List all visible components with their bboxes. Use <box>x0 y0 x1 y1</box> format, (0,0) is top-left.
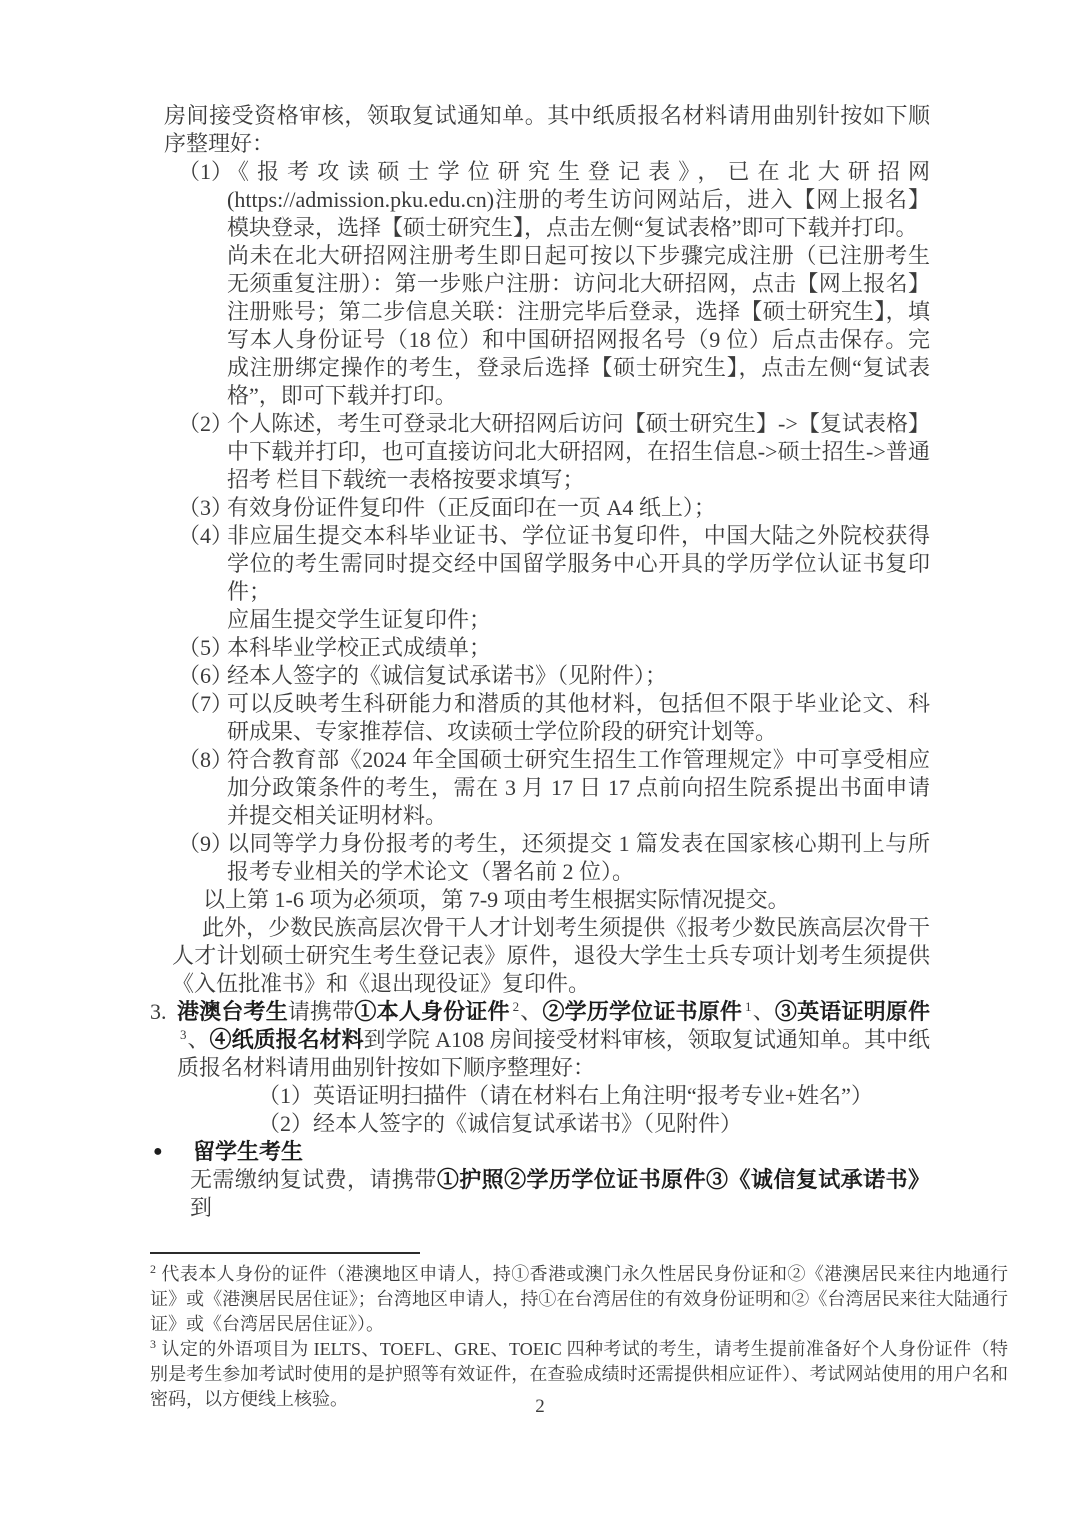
text-segment: ④纸质报名材料 <box>210 1027 364 1052</box>
additional-plans-note: 此外，少数民族高层次骨干人才计划考生须提供《报考少数民族高层次骨干人才计划硕士研… <box>172 914 930 998</box>
list-item-4: （4） 非应届生提交本科毕业证书、学位证书复印件，中国大陆之外院校获得学位的考生… <box>150 522 930 634</box>
list-item-5: （5） 本科毕业学校正式成绩单； <box>150 634 930 662</box>
list-marker: （6） <box>178 662 233 690</box>
list-item-7: （7） 可以反映考生科研能力和潜质的其他材料，包括但不限于毕业论文、科研成果、专… <box>150 690 930 746</box>
list-paragraph: 本科毕业学校正式成绩单； <box>227 634 930 662</box>
footnote-marker: 2 <box>150 1262 156 1276</box>
list-paragraph: 《报考攻读硕士学位研究生登记表》，已在北大研招网(https://admissi… <box>227 158 930 242</box>
list-paragraph: 符合教育部《2024 年全国硕士研究生招生工作管理规定》中可享受相应加分政策条件… <box>227 746 930 830</box>
list-marker: （5） <box>178 634 233 662</box>
item3-subitem-2: （2）经本人签字的《诚信复试承诺书》（见附件） <box>258 1110 930 1138</box>
text-segment: ①护照②学历学位证书原件③《诚信复试承诺书》 <box>437 1167 930 1192</box>
list-marker: （8） <box>178 746 233 774</box>
list-marker: （7） <box>178 690 233 718</box>
list-item-2: （2） 个人陈述，考生可登录北大研招网后访问【硕士研究生】->【复试表格】中下载… <box>150 410 930 494</box>
list-marker: （9） <box>178 830 233 858</box>
list-paragraph: 非应届生提交本科毕业证书、学位证书复印件，中国大陆之外院校获得学位的考生需同时提… <box>227 522 930 606</box>
footnote-marker: 3 <box>150 1337 156 1351</box>
list-paragraph: 经本人签字的《诚信复试承诺书》（见附件）； <box>227 662 930 690</box>
text-segment: 港澳台考生 <box>177 999 288 1024</box>
document-body: 房间接受资格审核，领取复试通知单。其中纸质报名材料请用曲别针按如下顺序整理好： … <box>150 102 930 1222</box>
list-paragraph: 尚未在北大研招网注册考生即日起可按以下步骤完成注册（已注册考生无须重复注册）：第… <box>227 242 930 410</box>
list-item-8: （8） 符合教育部《2024 年全国硕士研究生招生工作管理规定》中可享受相应加分… <box>150 746 930 830</box>
list-paragraph: 可以反映考生科研能力和潜质的其他材料，包括但不限于毕业论文、科研成果、专家推荐信… <box>227 690 930 746</box>
text-segment: 、 <box>753 999 775 1024</box>
list-marker: （2） <box>178 410 233 438</box>
list-paragraph: 有效身份证件复印件（正反面印在一页 A4 纸上）； <box>227 494 930 522</box>
text-segment: 无需缴纳复试费，请携带 <box>190 1167 437 1192</box>
intro-continuation-paragraph: 房间接受资格审核，领取复试通知单。其中纸质报名材料请用曲别针按如下顺序整理好： <box>164 102 930 158</box>
footnote-reference: 1 <box>745 999 752 1014</box>
list-item-9: （9） 以同等学力身份报考的考生，还须提交 1 篇发表在国家核心期刊上与所报考专… <box>150 830 930 886</box>
footnote-separator <box>150 1252 420 1254</box>
list-marker: （4） <box>178 522 233 550</box>
bullet-icon: ● <box>153 1138 163 1166</box>
text-segment: 、 <box>188 1027 210 1052</box>
list-item-6: （6） 经本人签字的《诚信复试承诺书》（见附件）； <box>150 662 930 690</box>
list-item-3: （3） 有效身份证件复印件（正反面印在一页 A4 纸上）； <box>150 494 930 522</box>
footnote-text: 代表本人身份的证件（港澳地区申请人，持①香港或澳门永久性居民身份证和②《港澳居民… <box>150 1264 1008 1334</box>
item3-subitem-1: （1）英语证明扫描件（请在材料右上角注明“报考专业+姓名”） <box>258 1082 930 1110</box>
text-segment: 到 <box>190 1195 212 1220</box>
international-students-paragraph: 无需缴纳复试费，请携带①护照②学历学位证书原件③《诚信复试承诺书》到 <box>190 1166 930 1222</box>
list-marker: 3. <box>150 998 167 1026</box>
list-marker: （3） <box>178 494 233 522</box>
list-paragraph: 个人陈述，考生可登录北大研招网后访问【硕士研究生】->【复试表格】中下载并打印，… <box>227 410 930 494</box>
text-segment: 请携带 <box>288 999 355 1024</box>
document-page: 房间接受资格审核，领取复试通知单。其中纸质报名材料请用曲别针按如下顺序整理好： … <box>0 0 1080 1527</box>
section-heading: 留学生考生 <box>193 1139 303 1164</box>
list-item-1: （1） 《报考攻读硕士学位研究生登记表》，已在北大研招网(https://adm… <box>150 158 930 410</box>
list-marker: （1） <box>178 158 233 186</box>
item3-paragraph: 港澳台考生请携带①本人身份证件2、②学历学位证书原件1、③英语证明原件3、④纸质… <box>177 998 930 1082</box>
page-number: 2 <box>0 1396 1080 1418</box>
footnotes-section: 2代表本人身份的证件（港澳地区申请人，持①香港或澳门永久性居民身份证和②《港澳居… <box>150 1252 1008 1412</box>
numbered-item-3-hmt-candidates: 3. 港澳台考生请携带①本人身份证件2、②学历学位证书原件1、③英语证明原件3、… <box>150 998 930 1082</box>
international-students-heading-row: ● 留学生考生 <box>150 1138 930 1166</box>
text-segment: 、 <box>520 999 542 1024</box>
text-segment: ③英语证明原件 <box>775 999 930 1024</box>
footnote-reference: 3 <box>180 1027 187 1042</box>
list-paragraph: 应届生提交学生证复印件； <box>227 606 930 634</box>
text-segment: ①本人身份证件 <box>354 999 509 1024</box>
required-items-note: 以上第 1-6 项为必须项，第 7-9 项由考生根据实际情况提交。 <box>203 886 930 914</box>
footnote-2: 2代表本人身份的证件（港澳地区申请人，持①香港或澳门永久性居民身份证和②《港澳居… <box>150 1262 1008 1337</box>
text-segment: ②学历学位证书原件 <box>542 999 742 1024</box>
list-paragraph: 以同等学力身份报考的考生，还须提交 1 篇发表在国家核心期刊上与所报考专业相关的… <box>227 830 930 886</box>
footnote-reference: 2 <box>513 999 520 1014</box>
